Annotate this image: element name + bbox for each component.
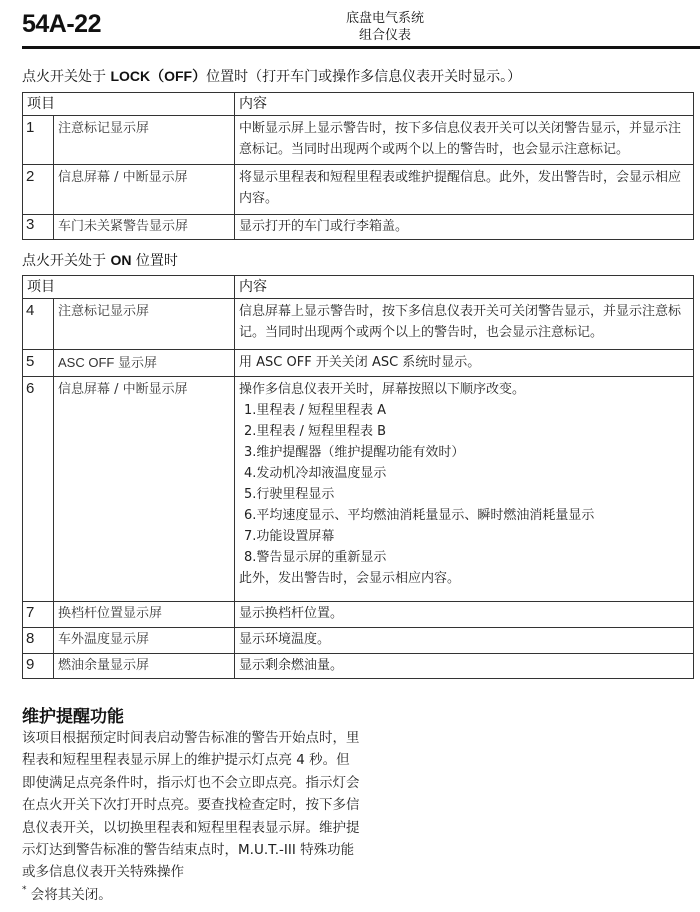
row-item-text: ASC OFF 显示屏 <box>58 355 157 370</box>
row-content: 显示环境温度。 <box>235 628 694 654</box>
table-row: 4 注意标记显示屏 信息屏幕上显示警告时，按下多信息仪表开关可关闭警告显示，并显… <box>23 299 694 350</box>
row-number: 8 <box>23 628 54 654</box>
row-item: 注意标记显示屏 <box>54 299 235 350</box>
row-number: 4 <box>23 299 54 350</box>
table-row: 5 ASC OFF 显示屏 用 ASC OFF 开关关闭 ASC 系统时显示。 <box>23 350 694 377</box>
content-intro: 操作多信息仪表开关时，屏幕按照以下顺序改变。 <box>239 379 689 400</box>
row-item: 信息屏幕 / 中断显示屏 <box>54 165 235 215</box>
row-number: 9 <box>23 654 54 679</box>
sequence-item: 6.平均速度显示、平均燃油消耗量显示、瞬时燃油消耗量显示 <box>239 505 689 526</box>
sequence-item: 1.里程表 / 短程里程表 A <box>239 400 689 421</box>
heading-suffix: 位置时 <box>131 253 177 269</box>
row-number: 3 <box>23 215 54 240</box>
row-item: 换档杆位置显示屏 <box>54 602 235 628</box>
row-item: 信息屏幕 / 中断显示屏 <box>54 377 235 602</box>
row-content: 显示换档杆位置。 <box>235 602 694 628</box>
row-content: 信息屏幕上显示警告时，按下多信息仪表开关可关闭警告显示，并显示注意标记。当同时出… <box>235 299 694 350</box>
row-item: 车外温度显示屏 <box>54 628 235 654</box>
row-content: 显示剩余燃油量。 <box>235 654 694 679</box>
page-number: 54A-22 <box>22 10 101 39</box>
column-header-content: 内容 <box>235 276 694 299</box>
table-row: 2 信息屏幕 / 中断显示屏 将显示里程表和短程里程表或维护提醒信息。此外，发出… <box>23 165 694 215</box>
row-content: 中断显示屏上显示警告时，按下多信息仪表开关可以关闭警告显示，并显示注意标记。当同… <box>235 116 694 165</box>
row-item: ASC OFF 显示屏 <box>54 350 235 377</box>
sequence-item: 4.发动机冷却液温度显示 <box>239 463 689 484</box>
row-number: 6 <box>23 377 54 602</box>
table-row: 3 车门未关紧警告显示屏 显示打开的车门或行李箱盖。 <box>23 215 694 240</box>
section-title: 组合仪表 <box>250 27 520 44</box>
row-number: 2 <box>23 165 54 215</box>
maintenance-reminder-body: 该项目根据预定时间表启动警告标准的警告开始点时，里程表和短程里程表显示屏上的维护… <box>22 727 360 906</box>
lock-table: 项目 内容 1 注意标记显示屏 中断显示屏上显示警告时，按下多信息仪表开关可以关… <box>22 92 694 240</box>
sequence-item: 7.功能设置屏幕 <box>239 526 689 547</box>
heading-prefix: 点火开关处于 <box>22 69 110 85</box>
column-header-content: 内容 <box>235 93 694 116</box>
table-row: 9 燃油余量显示屏 显示剩余燃油量。 <box>23 654 694 679</box>
row-content: 将显示里程表和短程里程表或维护提醒信息。此外，发出警告时，会显示相应内容。 <box>235 165 694 215</box>
sequence-item: 2.里程表 / 短程里程表 B <box>239 421 689 442</box>
lock-section-heading: 点火开关处于 LOCK（OFF）位置时（打开车门或操作多信息仪表开关时显示。） <box>22 66 521 86</box>
table-header-row: 项目 内容 <box>23 93 694 116</box>
maintenance-reminder-title: 维护提醒功能 <box>22 702 124 727</box>
sequence-item: 3.维护提醒器（维护提醒功能有效时） <box>239 442 689 463</box>
sequence-item: 8.警告显示屏的重新显示 <box>239 547 689 568</box>
body-text: 该项目根据预定时间表启动警告标准的警告开始点时，里程表和短程里程表显示屏上的维护… <box>22 730 360 880</box>
table-row: 7 换档杆位置显示屏 显示换档杆位置。 <box>23 602 694 628</box>
row-content: 用 ASC OFF 开关关闭 ASC 系统时显示。 <box>235 350 694 377</box>
row-number: 1 <box>23 116 54 165</box>
column-header-item: 项目 <box>23 93 235 116</box>
row-item: 燃油余量显示屏 <box>54 654 235 679</box>
row-number: 5 <box>23 350 54 377</box>
content-outro: 此外，发出警告时，会显示相应内容。 <box>239 568 689 589</box>
table-header-row: 项目 内容 <box>23 276 694 299</box>
page-header-titles: 底盘电气系统 组合仪表 <box>250 10 520 44</box>
body-text-end: 会将其关闭。 <box>27 887 112 903</box>
row-item: 注意标记显示屏 <box>54 116 235 165</box>
table-row: 8 车外温度显示屏 显示环境温度。 <box>23 628 694 654</box>
heading-prefix: 点火开关处于 <box>22 253 110 269</box>
row-item: 车门未关紧警告显示屏 <box>54 215 235 240</box>
on-section-heading: 点火开关处于 ON 位置时 <box>22 250 178 270</box>
heading-keyword: LOCK（OFF） <box>110 68 206 84</box>
column-header-item: 项目 <box>23 276 235 299</box>
header-divider <box>22 46 700 49</box>
row-content: 操作多信息仪表开关时，屏幕按照以下顺序改变。 1.里程表 / 短程里程表 A 2… <box>235 377 694 602</box>
heading-keyword: ON <box>110 252 131 268</box>
on-table: 项目 内容 4 注意标记显示屏 信息屏幕上显示警告时，按下多信息仪表开关可关闭警… <box>22 275 694 679</box>
chapter-title: 底盘电气系统 <box>250 10 520 27</box>
row-number: 7 <box>23 602 54 628</box>
heading-suffix: 位置时（打开车门或操作多信息仪表开关时显示。） <box>206 69 521 85</box>
table-row: 6 信息屏幕 / 中断显示屏 操作多信息仪表开关时，屏幕按照以下顺序改变。 1.… <box>23 377 694 602</box>
table-row: 1 注意标记显示屏 中断显示屏上显示警告时，按下多信息仪表开关可以关闭警告显示，… <box>23 116 694 165</box>
sequence-item: 5.行驶里程显示 <box>239 484 689 505</box>
row-content: 显示打开的车门或行李箱盖。 <box>235 215 694 240</box>
